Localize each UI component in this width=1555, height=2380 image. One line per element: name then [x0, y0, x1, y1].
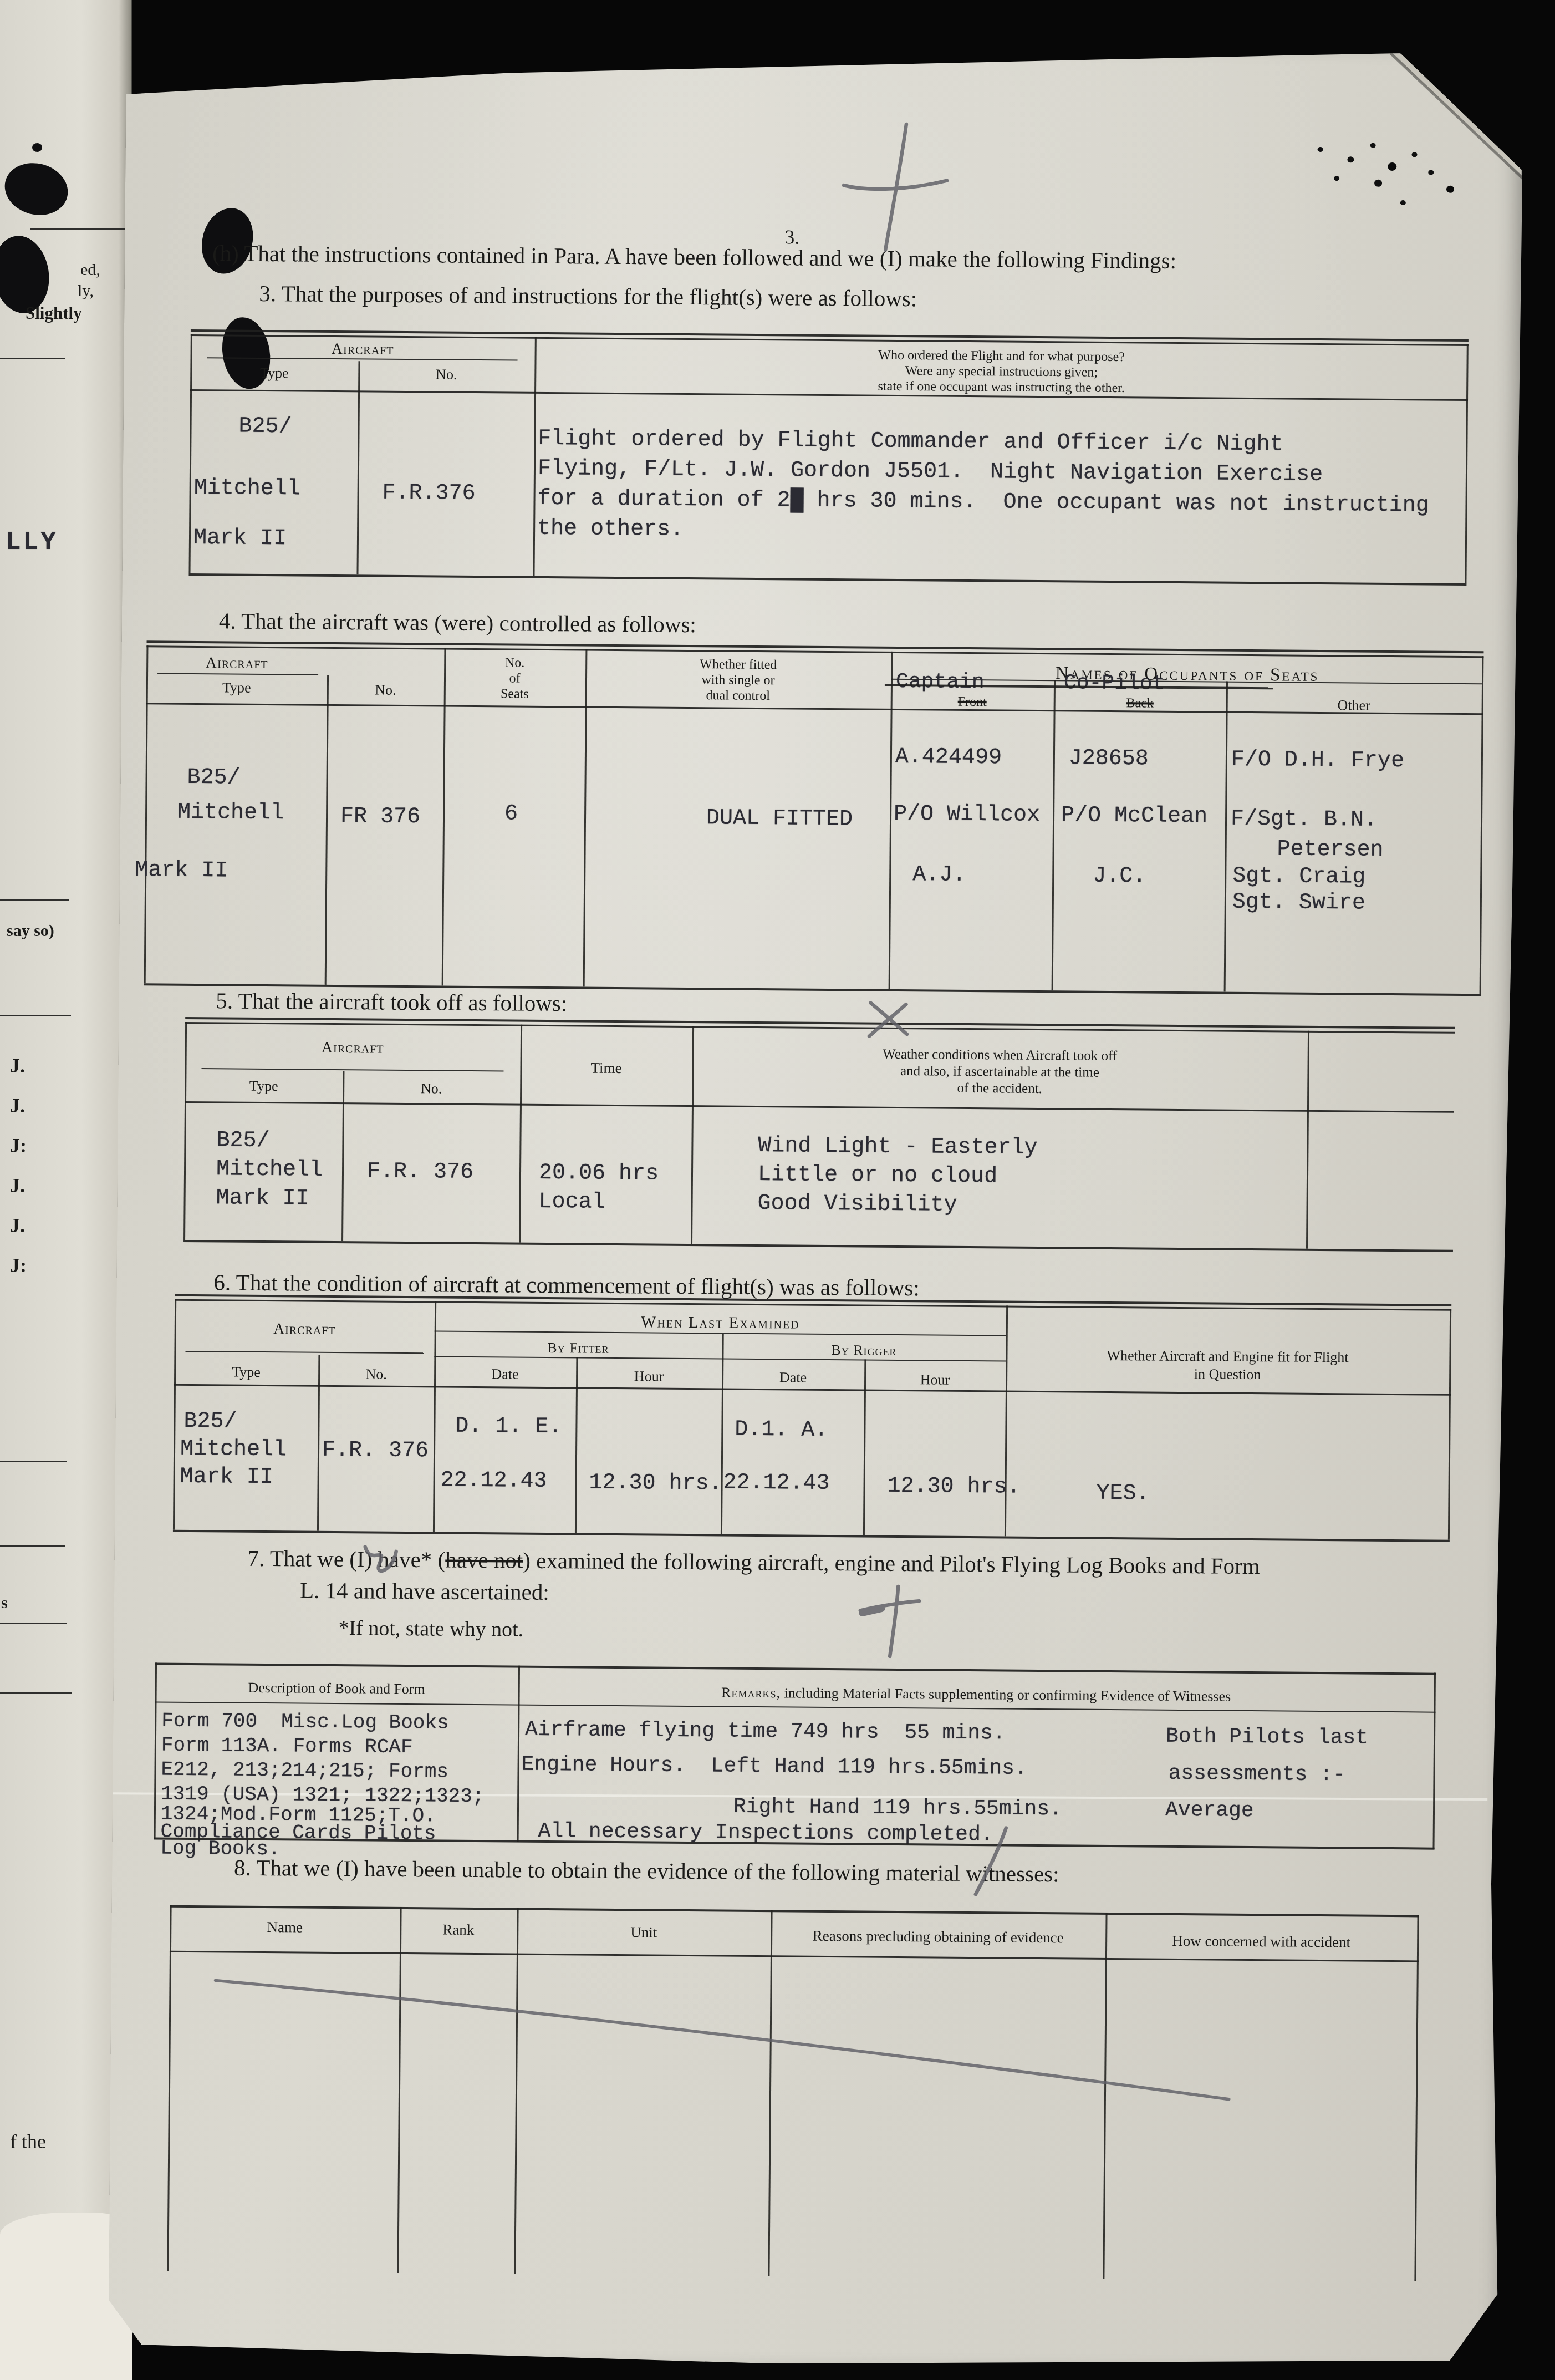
edge-fragment: J:: [10, 1133, 27, 1158]
occupant-copilot: J.C.: [1093, 863, 1146, 891]
pencil-plus-blob: [863, 1609, 881, 1613]
table-rule: [1414, 1915, 1419, 2281]
table-rule: [721, 1334, 724, 1534]
edge-fragment: s: [1, 1593, 8, 1614]
aircraft-type: Mitchell: [177, 799, 284, 828]
table-rule: [167, 1905, 171, 2271]
aircraft-number: F.R. 376: [322, 1437, 429, 1466]
table-rule: [397, 1907, 401, 2273]
s7-text: 7. That we: [247, 1545, 349, 1572]
book-form-line: Form 700 Misc.Log Books: [161, 1708, 449, 1736]
col-header-unit: Unit: [517, 1923, 771, 1943]
col-header-type: Type: [185, 1077, 343, 1096]
aircraft-number: F.R.376: [382, 480, 475, 508]
s7-circled-I: (I): [349, 1546, 372, 1572]
edge-rule: [0, 1692, 72, 1694]
section5-heading: 5. That the aircraft took off as follows…: [216, 986, 567, 1018]
table-rule: [201, 1068, 503, 1071]
assessment-line: Average: [1165, 1797, 1254, 1824]
occupant-other: Petersen: [1277, 836, 1383, 864]
book-form-line: Form 113A. Forms RCAF: [161, 1733, 413, 1760]
fit-for-flight: YES.: [1096, 1480, 1149, 1508]
flight-purpose-line: the others.: [537, 515, 684, 544]
table-rule: [1224, 682, 1228, 992]
s7-struck-have-not: have not: [445, 1547, 523, 1573]
col-header-aircraft: Aircraft: [185, 1037, 521, 1059]
weather-line: Little or no cloud: [758, 1161, 997, 1191]
fitter-exam: D. 1. E.: [455, 1413, 562, 1442]
col-header-type: Type: [190, 364, 358, 383]
col-header-hour: Hour: [864, 1371, 1006, 1390]
table-rule: [1448, 1309, 1451, 1540]
edge-rule: [0, 1461, 67, 1462]
aircraft-type: B25/: [238, 413, 292, 441]
aircraft-type: B25/: [187, 764, 240, 792]
occupant-other: F/O D.H. Frye: [1231, 746, 1404, 775]
occupant-copilot: J28658: [1069, 745, 1149, 773]
aircraft-type: Mitchell: [180, 1436, 287, 1464]
aircraft-type: B25/: [183, 1408, 237, 1436]
flight-purpose-line: Flight ordered by Flight Commander and O…: [538, 425, 1283, 459]
edge-fragment: J:: [10, 1253, 27, 1278]
occupant-other: Sgt. Craig: [1232, 863, 1365, 892]
col-header-fit: in Question: [1006, 1364, 1449, 1386]
table-rule: [185, 1351, 424, 1354]
fitter-exam-hour: 12.30 hrs.: [589, 1469, 722, 1498]
table-rule: [183, 1240, 1453, 1252]
assessment-line: Both Pilots last: [1166, 1723, 1368, 1751]
edge-fragment: say so): [7, 921, 54, 942]
edge-fragment: ed,: [80, 260, 100, 281]
col-header-remarks: Remarks, including Material Facts supple…: [518, 1682, 1434, 1707]
col-header-description: Description of Book and Form: [155, 1678, 518, 1699]
table-rule: [325, 675, 329, 985]
edge-fragment: LLY: [6, 527, 58, 559]
table-rule: [155, 1662, 1436, 1675]
fold-crease: [1390, 52, 1525, 180]
section8-table: Name Rank Unit Reasons precluding obtain…: [167, 1905, 1419, 2281]
col-header-aircraft: Aircraft: [175, 1319, 435, 1340]
table-rule: [170, 1951, 1419, 1962]
pencil-plus-section7: [890, 1586, 898, 1656]
remarks-line: Right Hand 119 hrs.55mins.: [733, 1794, 1062, 1823]
col-header-aircraft: Aircraft: [146, 653, 327, 674]
aircraft-type: Mitchell: [216, 1156, 323, 1184]
edge-fragment: J.: [10, 1094, 25, 1118]
col-header-date: Date: [722, 1369, 864, 1388]
takeoff-time: 20.06 hrs: [539, 1160, 659, 1188]
edge-fragment: Slightly: [26, 303, 82, 324]
col-header-by-fitter: By Fitter: [434, 1338, 722, 1359]
table-rule: [170, 1905, 1419, 1918]
rigger-exam: 22.12.43: [723, 1469, 829, 1498]
s7-text: have* (: [372, 1547, 445, 1573]
remarks-label-rest: including Material Facts supplementing o…: [781, 1685, 1231, 1704]
ink-speckles: [1318, 147, 1323, 152]
edge-fragment: f the: [10, 2129, 46, 2154]
table-rule: [185, 1101, 1454, 1113]
ink-blot: [0, 156, 74, 222]
section8-heading: 8. That we (I) have been unable to obtai…: [234, 1854, 1059, 1889]
aircraft-type: Mark II: [180, 1463, 273, 1492]
occupant-captain: P/O Willcox: [894, 801, 1040, 830]
table-rule: [1005, 1306, 1008, 1537]
section4-heading: 4. That the aircraft was (were) controll…: [219, 607, 696, 639]
flight-purpose-line: Flying, F/Lt. J.W. Gordon J5501. Night N…: [538, 455, 1323, 489]
section5-table: Aircraft Type No. Time Weather condition…: [183, 1017, 1455, 1253]
table-rule: [1052, 680, 1056, 990]
col-header-seats: No.: [444, 654, 585, 672]
col-header-captain-typed: Captain: [896, 669, 985, 696]
col-header-type: Type: [146, 678, 327, 698]
col-header-control: dual control: [585, 686, 891, 705]
edge-rule: [0, 1015, 71, 1016]
occupant-other: Sgt. Swire: [1232, 889, 1365, 918]
book-form-line: E212, 213;214;215; Forms: [161, 1757, 448, 1784]
aircraft-type: Mitchell: [194, 475, 300, 504]
aircraft-number: F.R. 376: [367, 1158, 473, 1187]
table-rule: [514, 1908, 518, 2274]
col-header-hour: Hour: [576, 1367, 722, 1386]
col-header-seats: Seats: [444, 685, 585, 703]
table-rule: [173, 1530, 1450, 1542]
remarks-label: Remarks,: [721, 1685, 781, 1701]
edge-fragment: J.: [10, 1054, 25, 1079]
s7-text: ) examined the following aircraft, engin…: [523, 1548, 1260, 1579]
hole-punch: [32, 143, 42, 152]
fitter-exam: 22.12.43: [440, 1467, 547, 1496]
weather-line: Good Visibility: [757, 1190, 957, 1219]
aircraft-type: B25/: [216, 1127, 269, 1155]
col-header-no: No.: [327, 681, 444, 700]
aircraft-type: Mark II: [135, 857, 228, 885]
edge-fragment: ly,: [78, 281, 94, 302]
edge-rule: [30, 228, 128, 230]
weather-line: Wind Light - Easterly: [758, 1132, 1037, 1162]
col-header-type: Type: [174, 1363, 318, 1382]
edge-fragment: J.: [10, 1173, 25, 1198]
occupant-captain: A.424499: [895, 744, 1002, 772]
section7-footnote: *If not, state why not.: [338, 1615, 523, 1643]
edge-rule: [0, 1545, 65, 1547]
table-rule: [356, 361, 360, 574]
col-header-date: Date: [434, 1365, 576, 1384]
rigger-exam-hour: 12.30 hrs.: [887, 1473, 1020, 1502]
col-header-how-concerned: How concerned with accident: [1105, 1931, 1417, 1952]
edge-rule: [0, 358, 65, 359]
section6-table: When Last Examined Aircraft By Fitter By…: [173, 1294, 1451, 1543]
section4-table: Aircraft No. of Seats Whether fitted wit…: [144, 640, 1484, 996]
control-fitted: DUAL FITTED: [706, 805, 853, 833]
col-header-rank: Rank: [400, 1920, 517, 1940]
col-header-time: Time: [520, 1059, 692, 1079]
edge-rule: [0, 1623, 67, 1624]
col-header-name: Name: [170, 1918, 400, 1938]
assessment-line: assessments :-: [1168, 1761, 1345, 1788]
col-header-reasons: Reasons precluding obtaining of evidence: [771, 1926, 1105, 1947]
section3-table: Aircraft Type No. Who ordered the Flight…: [188, 329, 1468, 587]
table-rule: [188, 573, 1466, 586]
section3-heading: 3. That the purposes of and instructions…: [259, 279, 917, 313]
aircraft-type: Mark II: [216, 1184, 309, 1213]
edge-fragment: J.: [10, 1213, 25, 1238]
col-header-seats: of: [444, 670, 585, 688]
col-header-no: No.: [358, 365, 534, 384]
flight-purpose-line: for a duration of 2█ hrs 30 mins. One oc…: [537, 485, 1429, 520]
table-rule: [768, 1910, 772, 2276]
occupant-other: F/Sgt. B.N.: [1231, 806, 1377, 835]
table-rule: [1103, 1913, 1107, 2279]
occupant-captain: A.J.: [912, 861, 966, 889]
seat-count: 6: [504, 800, 518, 828]
pencil-plus-section7: [860, 1600, 919, 1611]
aircraft-number: FR 376: [340, 803, 420, 831]
col-header-no: No.: [318, 1365, 434, 1384]
section7-heading-line2: L. 14 and have ascertained:: [300, 1577, 549, 1607]
pencil-cross-top: [844, 180, 947, 190]
para-h-text: (h) That the instructions contained in P…: [212, 239, 1176, 275]
pencil-cross-top: [885, 124, 906, 250]
document-scan: ed, ly, Slightly LLY say so) J. J. J: J.…: [0, 0, 1555, 2380]
section7-heading: 7. That we (I) have* (have not) examined…: [247, 1544, 1260, 1581]
remarks-line: Engine Hours. Left Hand 119 hrs.55mins.: [521, 1752, 1027, 1782]
rigger-exam: D.1. A.: [735, 1416, 828, 1445]
edge-rule: [0, 899, 69, 901]
aircraft-type: Mark II: [193, 525, 287, 553]
takeoff-time: Local: [538, 1188, 605, 1217]
occupant-copilot: P/O McClean: [1061, 802, 1207, 831]
report-page: 3. (h) That the instructions contained i…: [108, 43, 1523, 2369]
section7-table: Description of Book and Form Remarks, in…: [154, 1662, 1436, 1849]
remarks-line: Airframe flying time 749 hrs 55 mins.: [525, 1717, 1006, 1747]
col-header-no: No.: [343, 1079, 520, 1099]
col-header-by-rigger: By Rigger: [722, 1341, 1006, 1361]
col-header-copilot-typed: Co-Pilot: [1064, 670, 1165, 697]
